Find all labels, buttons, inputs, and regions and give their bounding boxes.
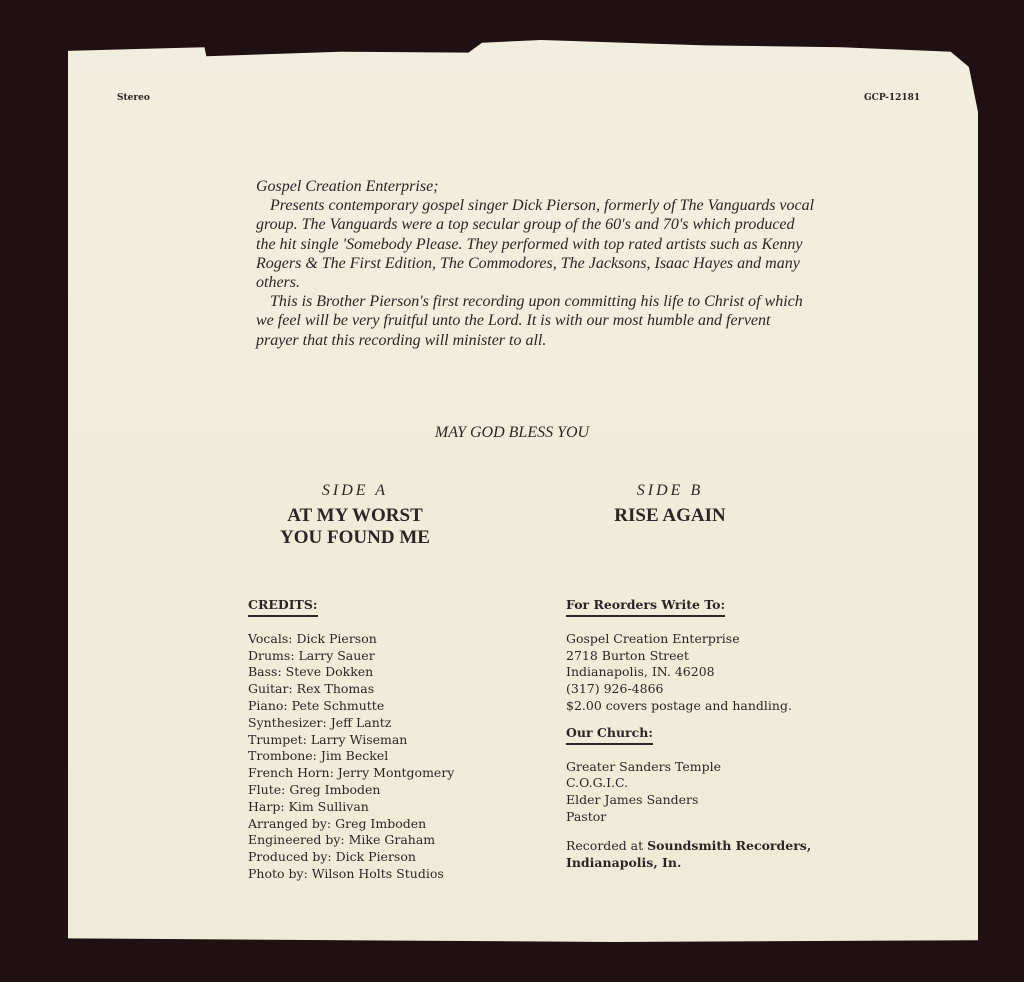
- address-line: 2718 Burton Street: [566, 648, 811, 665]
- credit-item: Vocals: Dick Pierson: [248, 631, 454, 648]
- credit-item: Engineered by: Mike Graham: [248, 832, 454, 849]
- recorded-prefix: Recorded at: [566, 838, 647, 853]
- church-line: C.O.G.I.C.: [566, 775, 811, 792]
- reorders-heading: For Reorders Write To:: [566, 597, 725, 617]
- credit-item: French Horn: Jerry Montgomery: [248, 765, 454, 782]
- address-line: Indianapolis, IN. 46208: [566, 664, 811, 681]
- blessing: MAY GOD BLESS YOU: [0, 424, 1024, 442]
- credits-section: CREDITS: Vocals: Dick PiersonDrums: Larr…: [248, 597, 454, 883]
- credit-item: Arranged by: Greg Imboden: [248, 816, 454, 833]
- credit-item: Flute: Greg Imboden: [248, 782, 454, 799]
- side-b-title: RISE AGAIN: [570, 505, 770, 527]
- side-b-title-line: RISE AGAIN: [570, 505, 770, 527]
- record-sleeve-back: [68, 40, 978, 942]
- church-line: Pastor: [566, 809, 811, 826]
- credit-item: Trombone: Jim Beckel: [248, 748, 454, 765]
- address-line: $2.00 covers postage and handling.: [566, 698, 811, 715]
- church-info: Greater Sanders TempleC.O.G.I.C.Elder Ja…: [566, 759, 811, 826]
- side-b-label: SIDE B: [570, 482, 770, 500]
- credit-item: Piano: Pete Schmutte: [248, 698, 454, 715]
- liner-notes-heading: Gospel Creation Enterprise;: [256, 177, 816, 196]
- address-line: Gospel Creation Enterprise: [566, 631, 811, 648]
- recorded-studio: Soundsmith Recorders,: [647, 838, 811, 853]
- side-a-label: SIDE A: [240, 482, 470, 500]
- recorded-at: Recorded at Soundsmith Recorders,: [566, 838, 811, 855]
- church-heading: Our Church:: [566, 725, 653, 745]
- reorders-address: Gospel Creation Enterprise2718 Burton St…: [566, 631, 811, 715]
- liner-notes: Gospel Creation Enterprise; Presents con…: [256, 177, 816, 350]
- credit-item: Produced by: Dick Pierson: [248, 849, 454, 866]
- side-a: SIDE A AT MY WORST YOU FOUND ME: [240, 482, 470, 549]
- credit-item: Photo by: Wilson Holts Studios: [248, 866, 454, 883]
- liner-notes-paragraph-2: This is Brother Pierson's first recordin…: [256, 292, 816, 350]
- credit-item: Bass: Steve Dokken: [248, 664, 454, 681]
- credit-item: Harp: Kim Sullivan: [248, 799, 454, 816]
- church-line: Greater Sanders Temple: [566, 759, 811, 776]
- credit-item: Trumpet: Larry Wiseman: [248, 732, 454, 749]
- credit-item: Synthesizer: Jeff Lantz: [248, 715, 454, 732]
- stereo-label: Stereo: [117, 93, 150, 103]
- credits-list: Vocals: Dick PiersonDrums: Larry SauerBa…: [248, 631, 454, 883]
- church-line: Elder James Sanders: [566, 792, 811, 809]
- side-a-title-line: YOU FOUND ME: [240, 527, 470, 549]
- credits-heading: CREDITS:: [248, 597, 318, 617]
- address-line: (317) 926-4866: [566, 681, 811, 698]
- side-a-title-line: AT MY WORST: [240, 505, 470, 527]
- side-b: SIDE B RISE AGAIN: [570, 482, 770, 527]
- liner-notes-paragraph-1: Presents contemporary gospel singer Dick…: [256, 196, 816, 292]
- credit-item: Drums: Larry Sauer: [248, 648, 454, 665]
- catalog-number: GCP-12181: [864, 93, 920, 103]
- recorded-city: Indianapolis, In.: [566, 855, 811, 872]
- side-a-title: AT MY WORST YOU FOUND ME: [240, 505, 470, 549]
- reorders-section: For Reorders Write To: Gospel Creation E…: [566, 597, 811, 871]
- credit-item: Guitar: Rex Thomas: [248, 681, 454, 698]
